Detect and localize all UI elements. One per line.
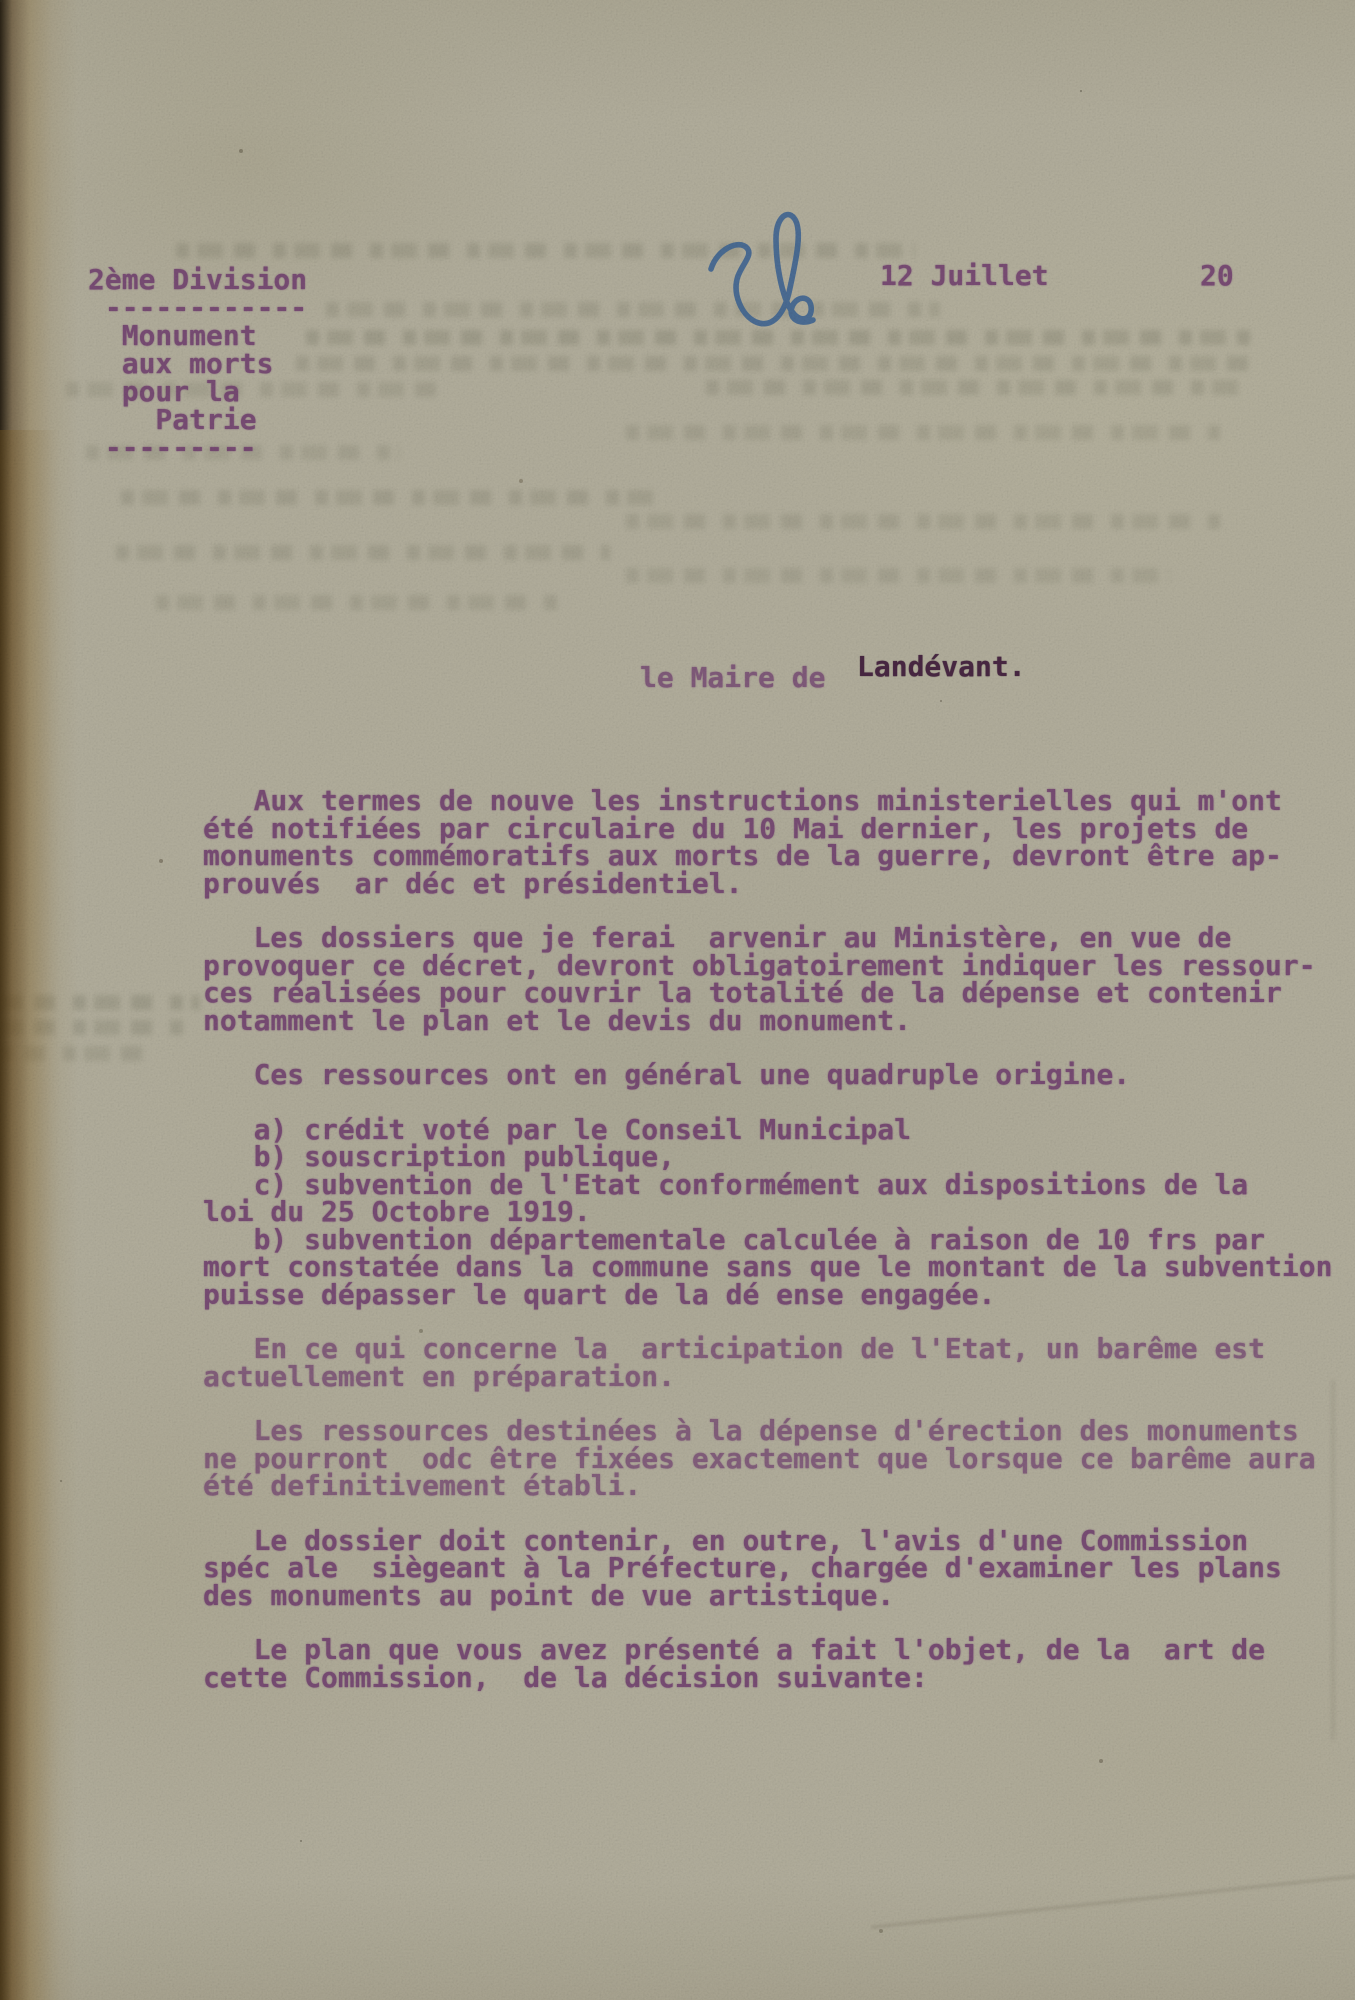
paragraph-dossiers: Les dossiers que je ferai arvenir au Min… [203, 924, 1353, 1034]
division-header: 2ème Division ------------ Monument aux … [88, 266, 307, 462]
binding-edge-shadow [0, 0, 78, 2000]
paper-crease [871, 1870, 1355, 1928]
addressee-prefix: le Maire de [640, 664, 825, 692]
paragraph-ressources-origine: Ces ressources ont en général une quadru… [203, 1061, 1353, 1089]
bleedthrough-smudge [150, 595, 560, 610]
addressee-commune: Landévant. [857, 653, 1026, 681]
bleedthrough-smudge [115, 490, 660, 505]
date-year: 20 [1200, 262, 1234, 290]
paragraph-participation-etat: En ce qui concerne la articipation de l'… [203, 1335, 1353, 1390]
paragraph-instructions: Aux termes de nouve les instructions min… [203, 787, 1353, 897]
bleedthrough-smudge [290, 356, 1250, 371]
bleedthrough-smudge [0, 1020, 185, 1035]
paragraph-decision: Le plan que vous avez présenté a fait l'… [203, 1636, 1353, 1691]
paragraph-bareme: Les ressources destinées à la dépense d'… [203, 1417, 1353, 1500]
bleedthrough-smudge [110, 545, 610, 560]
letter-body: Aux termes de nouve les instructions min… [203, 787, 1353, 1718]
bleedthrough-smudge [620, 425, 1220, 440]
date-day-month: 12 Juillet [880, 262, 1049, 290]
binding-edge-stain [0, 430, 60, 2000]
handwritten-paraph-initials [697, 203, 872, 348]
paper-speckles [0, 0, 2, 2]
bleedthrough-smudge [620, 568, 1170, 583]
list-sources-financement: a) crédit voté par le Conseil Municipal … [203, 1116, 1353, 1309]
bleedthrough-smudge [0, 1046, 150, 1061]
bleedthrough-smudge [620, 514, 1220, 529]
paragraph-commission: Le dossier doit contenir, en outre, l'av… [203, 1527, 1353, 1610]
scanned-letter-page: 2ème Division ------------ Monument aux … [0, 0, 1355, 2000]
bleedthrough-smudge [0, 995, 200, 1010]
bleedthrough-smudge [700, 380, 1240, 395]
